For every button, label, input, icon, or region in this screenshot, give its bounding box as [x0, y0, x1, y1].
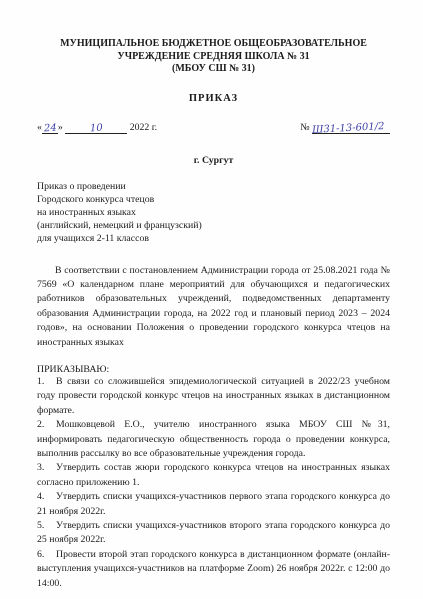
item-number: 4.	[37, 490, 56, 504]
preamble-paragraph: В соответствии с постановлением Админист…	[37, 264, 390, 350]
item-text: В связи со сложившейся эпидемиологическо…	[37, 376, 390, 416]
subject-line: на иностранных языках	[37, 206, 390, 219]
order-item: 1.В связи со сложившейся эпидемиологичес…	[37, 375, 390, 418]
order-item: 5.Утвердить списки учащихся-участников в…	[37, 519, 390, 548]
date-and-number-row: «24» 10 2022 г. № Ш31-13-601/2	[37, 122, 390, 134]
subject-line: Приказ о проведении	[37, 180, 390, 193]
subject-line: для учащихся 2-11 классов	[37, 232, 390, 245]
order-document-page: МУНИЦИПАЛЬНОЕ БЮДЖЕТНОЕ ОБЩЕОБРАЗОВАТЕЛЬ…	[0, 0, 423, 599]
order-item: 4.Утвердить списки учащихся-участников п…	[37, 490, 390, 519]
date-year: 2022 г.	[130, 122, 157, 133]
order-item: 6.Провести второй этап городского конкур…	[37, 548, 390, 591]
order-heading: ПРИКАЗЫВАЮ:	[37, 364, 390, 375]
organization-name-line1: МУНИЦИПАЛЬНОЕ БЮДЖЕТНОЕ ОБЩЕОБРАЗОВАТЕЛЬ…	[37, 38, 390, 51]
city-line: г. Сургут	[37, 155, 390, 166]
item-text: Утвердить списки учащихся-участников вто…	[37, 520, 390, 545]
item-number: 6.	[37, 548, 56, 562]
organization-header: МУНИЦИПАЛЬНОЕ БЮДЖЕТНОЕ ОБЩЕОБРАЗОВАТЕЛЬ…	[37, 38, 390, 76]
order-number-blank: Ш31-13-601/2	[312, 123, 390, 134]
order-subject-block: Приказ о проведении Городского конкурса …	[37, 180, 390, 245]
handwritten-order-number: Ш31-13-601/2	[312, 122, 385, 136]
organization-abbreviation: (МБОУ СШ № 31)	[37, 63, 390, 76]
date-month-blank: 10	[65, 123, 127, 134]
order-items-list: 1.В связи со сложившейся эпидемиологичес…	[37, 375, 390, 591]
subject-line: (английский, немецкий и французский)	[37, 219, 390, 232]
document-type-title: ПРИКАЗ	[37, 93, 390, 104]
handwritten-month: 10	[90, 123, 103, 134]
handwritten-day: 24	[43, 123, 56, 134]
date-close-quote: »	[58, 122, 63, 133]
order-item: 2.Мошковцевой Е.О., учителю иностранного…	[37, 418, 390, 461]
item-number: 1.	[37, 375, 56, 389]
date-day-blank: 24	[42, 123, 58, 134]
order-number-field: № Ш31-13-601/2	[300, 122, 390, 134]
item-text: Мошковцевой Е.О., учителю иностранного я…	[37, 419, 390, 459]
item-number: 5.	[37, 519, 56, 533]
item-text: Утвердить состав жюри городского конкурс…	[37, 462, 390, 487]
item-text: Провести второй этап городского конкурса…	[37, 549, 390, 589]
item-text: Утвердить списки учащихся-участников пер…	[37, 491, 390, 516]
item-number: 2.	[37, 418, 56, 432]
number-sign-label: №	[300, 122, 309, 133]
item-number: 3.	[37, 461, 56, 475]
subject-line: Городского конкурса чтецов	[37, 193, 390, 206]
order-item: 3.Утвердить состав жюри городского конку…	[37, 461, 390, 490]
organization-name-line2: УЧРЕЖДЕНИЕ СРЕДНЯЯ ШКОЛА № 31	[37, 51, 390, 64]
date-field: «24» 10 2022 г.	[37, 122, 157, 134]
